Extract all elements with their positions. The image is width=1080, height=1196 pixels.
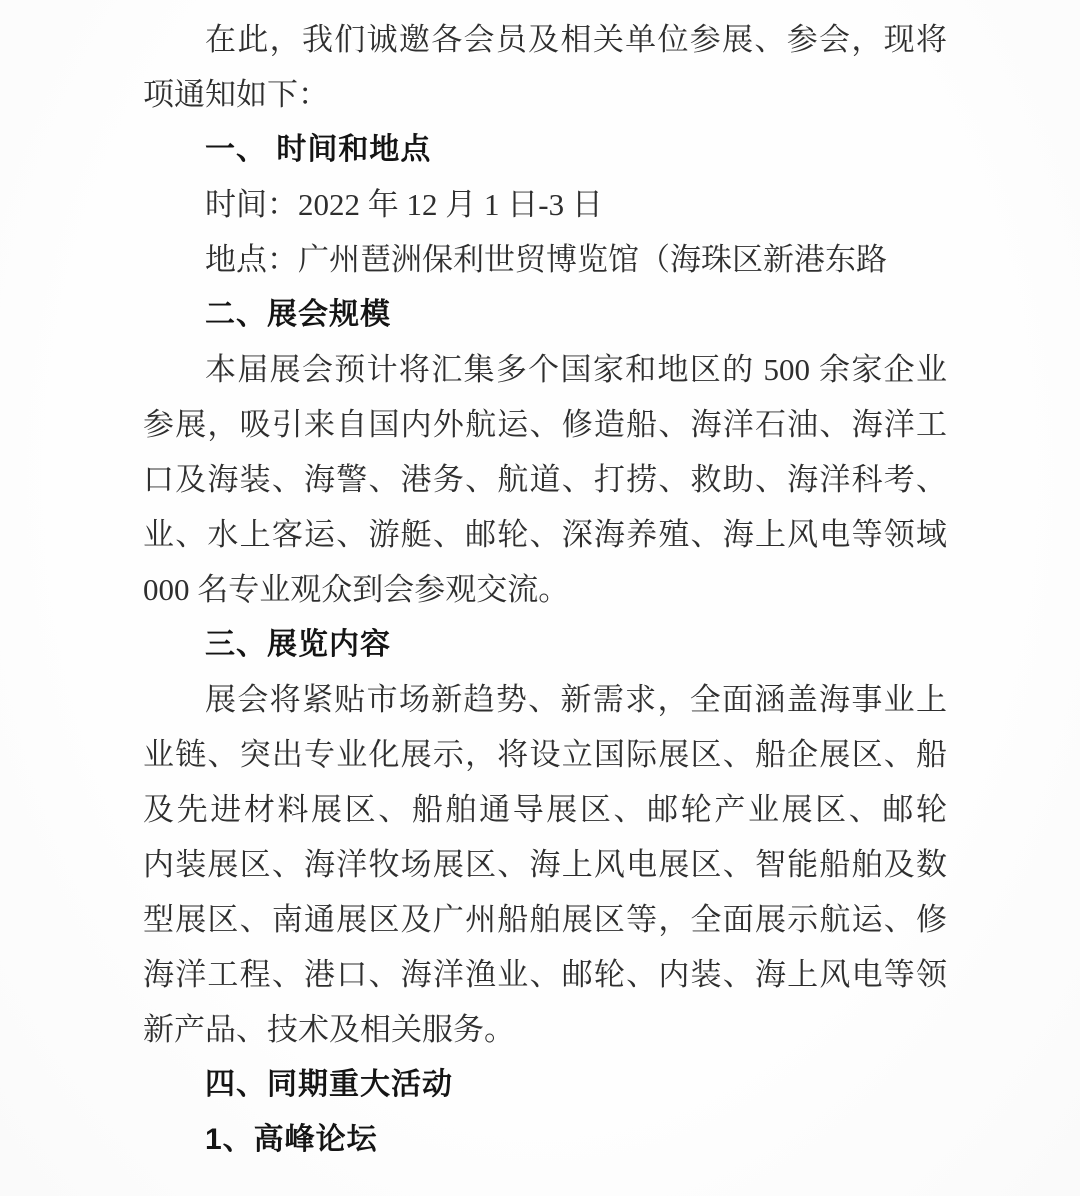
section-heading: 四、同期重大活动 — [143, 1057, 947, 1112]
text-line: 业链、突出专业化展示，将设立国际展区、船企展区、船用设备 — [143, 727, 947, 782]
document-body: 在此，我们诚邀各会员及相关单位参展、参会，现将有关事项通知如下：一、 时间和地点… — [143, 12, 947, 1167]
section-heading: 一、 时间和地点 — [143, 122, 947, 177]
text-line: 时间：2022 年 12 月 1 日-3 日 — [143, 177, 947, 232]
document-page: 在此，我们诚邀各会员及相关单位参展、参会，现将有关事项通知如下：一、 时间和地点… — [0, 0, 1080, 1196]
text-line: 在此，我们诚邀各会员及相关单位参展、参会，现将有关事 — [143, 12, 947, 67]
text-line: 型展区、南通展区及广州船舶展区等，全面展示航运、修造船、 — [143, 892, 947, 947]
text-line: 口及海装、海警、港务、航道、打捞、救助、海洋科考、远洋渔 — [143, 452, 947, 507]
text-line: 地点：广州琶洲保利世贸博览馆（海珠区新港东路 1000 号） — [143, 232, 947, 287]
section-heading: 1、高峰论坛 — [143, 1112, 947, 1167]
text-line: 参展，吸引来自国内外航运、修造船、海洋石油、海洋工程、港 — [143, 397, 947, 452]
text-line: 新产品、技术及相关服务。 — [143, 1002, 947, 1057]
text-line: 项通知如下： — [143, 67, 947, 122]
section-heading: 三、展览内容 — [143, 617, 947, 672]
text-line: 000 名专业观众到会参观交流。 — [143, 562, 947, 617]
text-line: 展会将紧贴市场新趋势、新需求，全面涵盖海事业上下游产 — [143, 672, 947, 727]
text-line: 海洋工程、港口、海洋渔业、邮轮、内装、海上风电等领域的最 — [143, 947, 947, 1002]
text-line: 业、水上客运、游艇、邮轮、深海养殖、海上风电等领域的 15, — [143, 507, 947, 562]
text-line: 内装展区、海洋牧场展区、海上风电展区、智能船舶及数字化转 — [143, 837, 947, 892]
section-heading: 二、展会规模 — [143, 287, 947, 342]
text-line: 及先进材料展区、船舶通导展区、邮轮产业展区、邮轮（客船） — [143, 782, 947, 837]
text-line: 本届展会预计将汇集多个国家和地区的 500 余家企业联合 — [143, 342, 947, 397]
